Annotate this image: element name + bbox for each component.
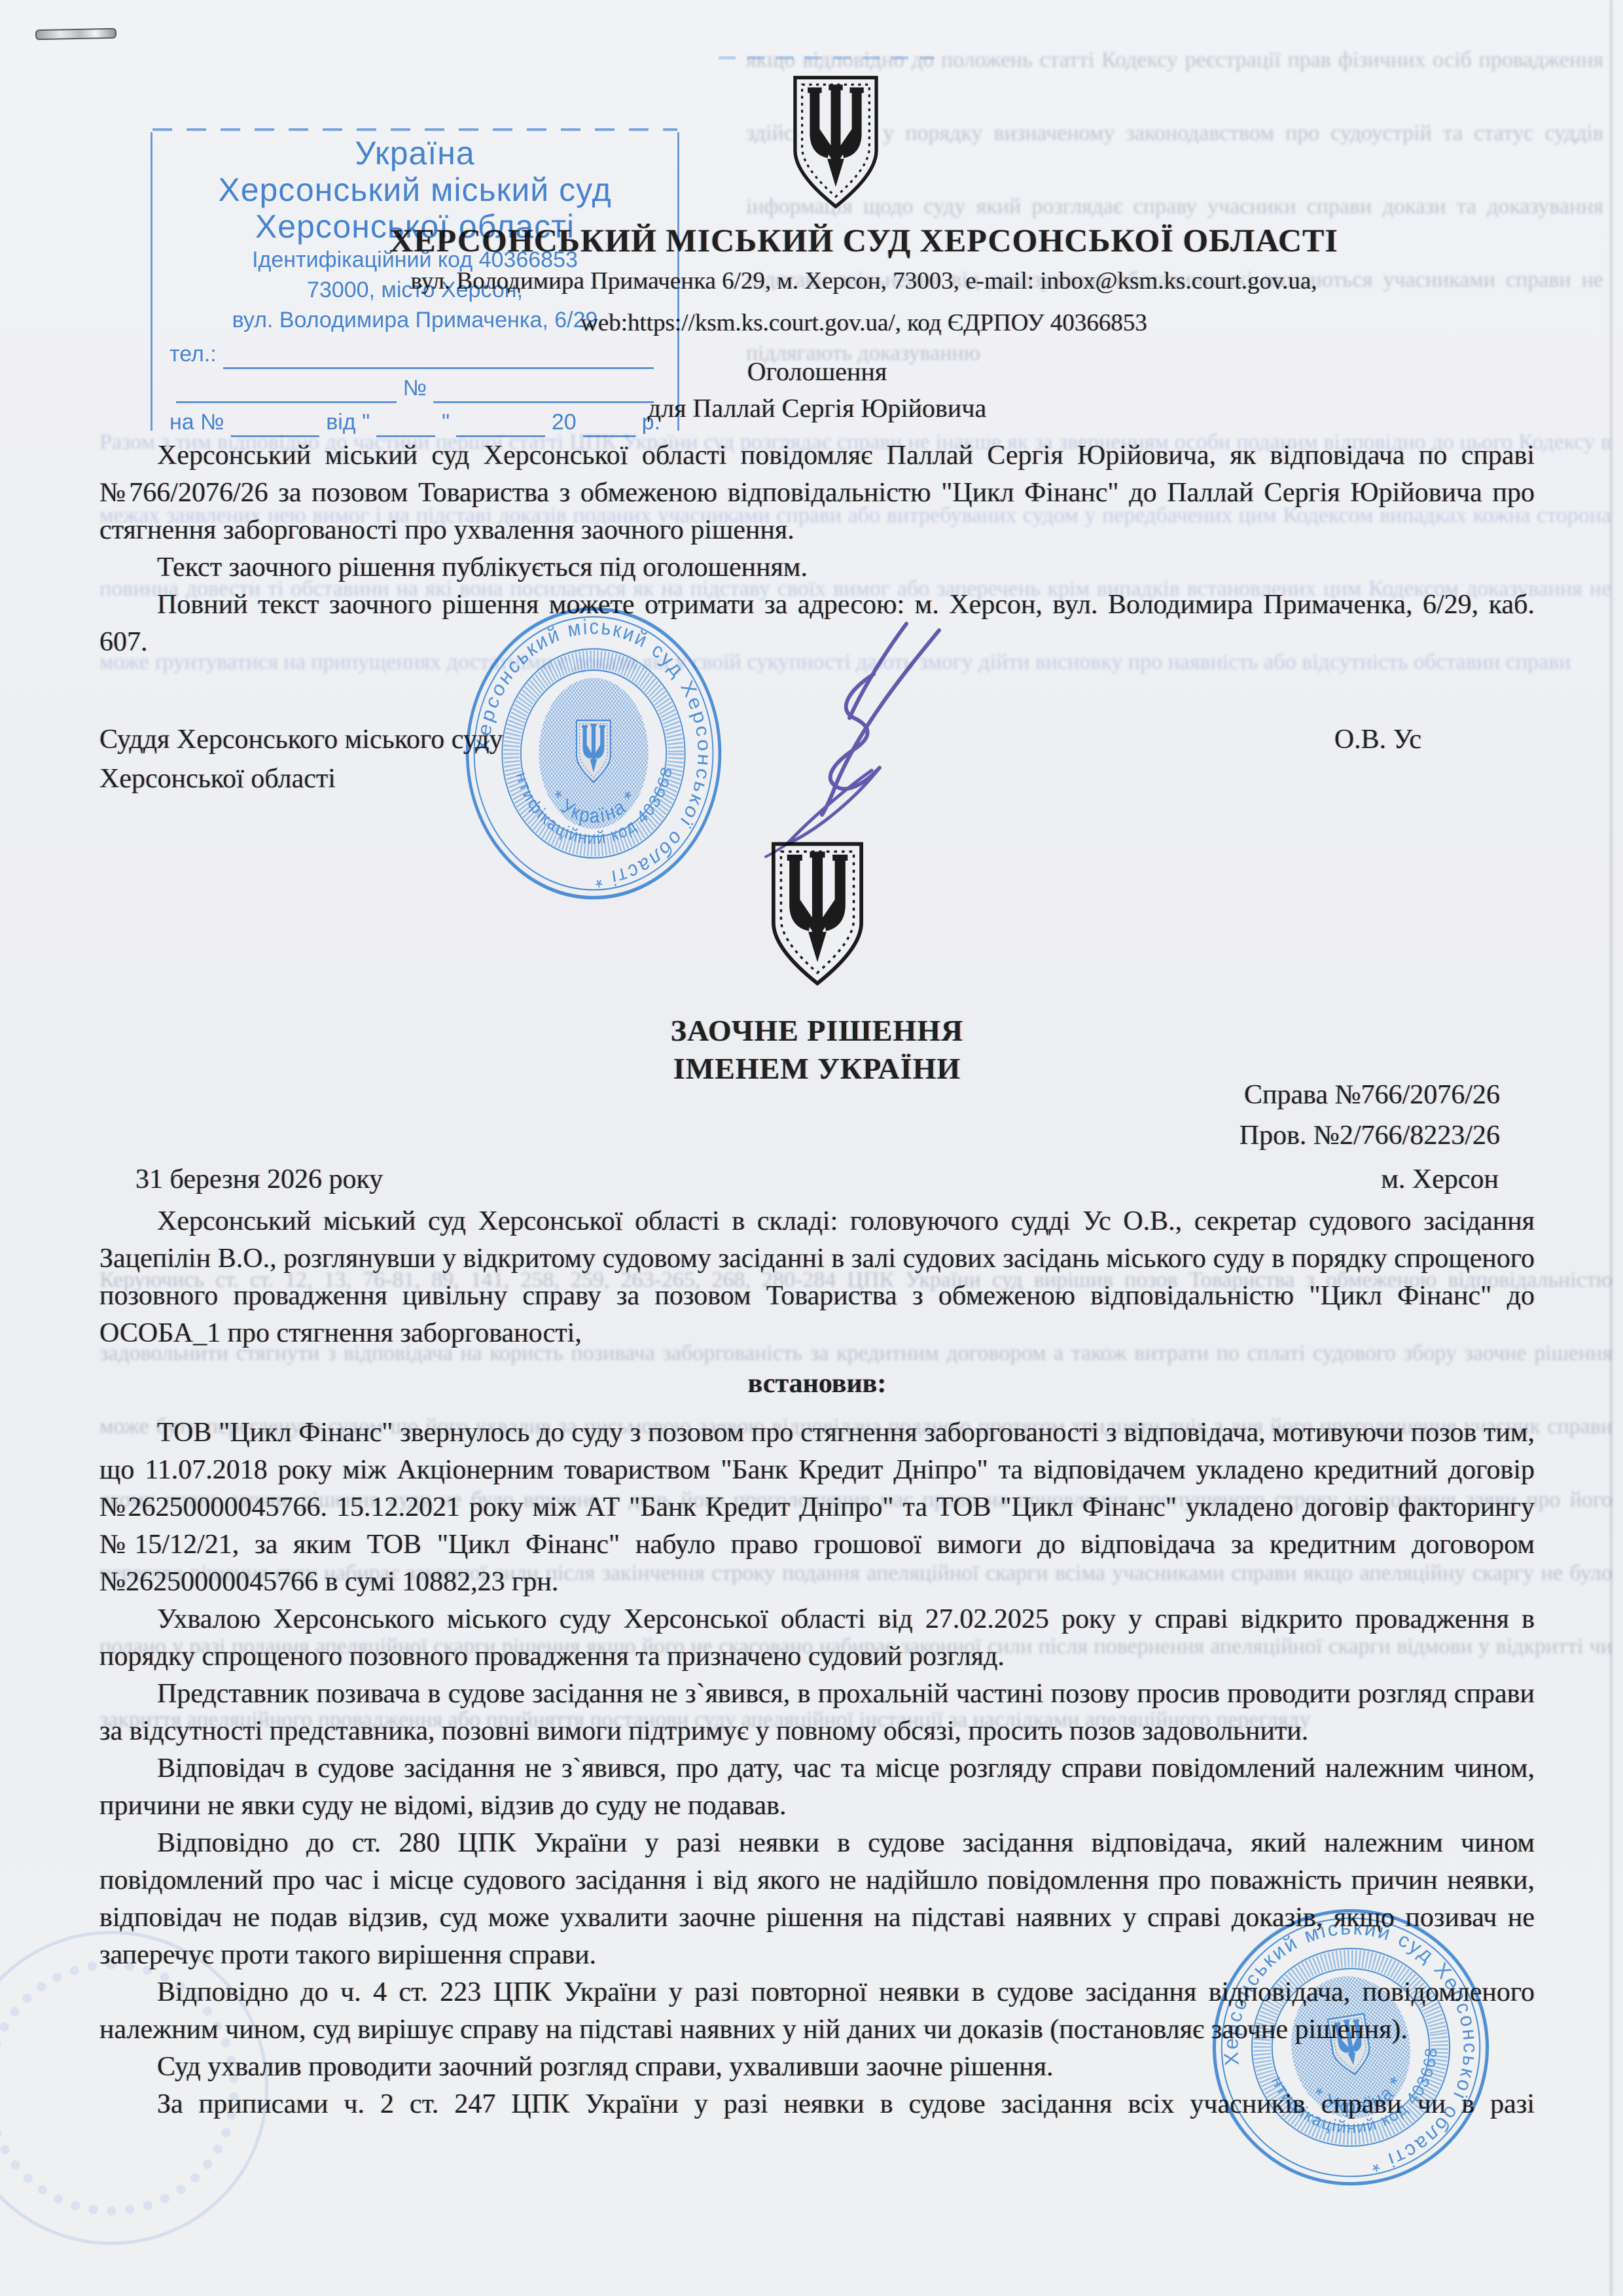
stamp-phone-blank — [223, 345, 654, 369]
stamp-date-blank-1 — [231, 413, 320, 437]
stamp-number-blank-left — [176, 379, 397, 403]
stamp-year-label: 20 — [552, 407, 577, 437]
stamp-vid-label: від " — [326, 407, 370, 437]
case-number: Справа №766/2076/26 — [99, 1075, 1500, 1115]
judge-title-line1: Суддя Херсонського міського суду — [99, 720, 503, 759]
announcement-paragraph: Текст заочного рішення публікується під … — [99, 549, 1535, 586]
judge-title: Суддя Херсонського міського суду Херсонс… — [99, 720, 503, 798]
decision-city: м. Херсон — [1381, 1164, 1535, 1195]
judge-name: О.В. Ус — [1334, 720, 1421, 798]
staple — [35, 28, 116, 41]
stamp-date-blank-4 — [583, 413, 635, 437]
stamp-number-blank-right — [433, 379, 654, 403]
stamp-id-code: Ідентифікаційний код 40366853 — [152, 245, 677, 275]
announcement-paragraph: Херсонський міський суд Херсонської обла… — [99, 437, 1535, 549]
judge-title-line2: Херсонської області — [99, 759, 503, 798]
proceeding-number: Пров. №2/766/8223/26 — [99, 1115, 1500, 1156]
incoming-correspondence-stamp: Україна Херсонський міський суд Херсонсь… — [151, 132, 679, 431]
stamp-number-row: № — [152, 373, 677, 403]
trident-emblem-top — [787, 72, 885, 212]
stamp-date-blank-3 — [456, 413, 545, 437]
stamp-number-label: № — [403, 373, 427, 403]
stamp-street: вул. Володимира Примаченка, 6/29 — [152, 305, 677, 335]
court-seal-top: Херсонський міський суд Херсонської обла… — [457, 597, 730, 910]
stamp-country: Україна — [152, 135, 677, 171]
stamp-postal: 73000, місто Херсон, — [152, 275, 677, 305]
decision-date: 31 березня 2026 року — [99, 1164, 383, 1195]
judge-handwritten-signature — [707, 612, 949, 874]
stamp-date-blank-2 — [376, 413, 435, 437]
stamp-phone-label: тел.: — [169, 339, 217, 369]
stamp-court-region: Херсонської області — [152, 208, 677, 245]
established-label: встановив: — [99, 1365, 1535, 1403]
decision-paragraph: Ухвалою Херсонського міського суду Херсо… — [99, 1601, 1535, 1676]
stamp-r-label: р. — [642, 407, 660, 437]
decision-title-line1: ЗАОЧНЕ РІШЕННЯ — [99, 1012, 1535, 1050]
case-numbers: Справа №766/2076/26 Пров. №2/766/8223/26 — [99, 1075, 1500, 1156]
stamp-quote-label: " — [442, 407, 450, 437]
court-seal-bottom: Херсонський міський суд Херсонської обла… — [1181, 1878, 1520, 2216]
decision-paragraph: Представник позивача в судове засідання … — [99, 1676, 1535, 1750]
decision-paragraph: ТОВ "Цикл Фінанс" звернулось до суду з п… — [99, 1414, 1535, 1601]
stamp-court-name: Херсонський міський суд — [152, 171, 677, 208]
decision-intro: Херсонський міський суд Херсонської обла… — [99, 1203, 1535, 1352]
decision-paragraph: Відповідач в судове засідання не з`явивс… — [99, 1750, 1535, 1825]
stamp-na-label: на № — [169, 407, 224, 437]
stamp-phone-row: тел.: — [152, 339, 677, 369]
date-row: 31 березня 2026 року м. Херсон — [99, 1164, 1535, 1195]
stamp-date-row: на № від " " 20 р. — [152, 407, 677, 437]
